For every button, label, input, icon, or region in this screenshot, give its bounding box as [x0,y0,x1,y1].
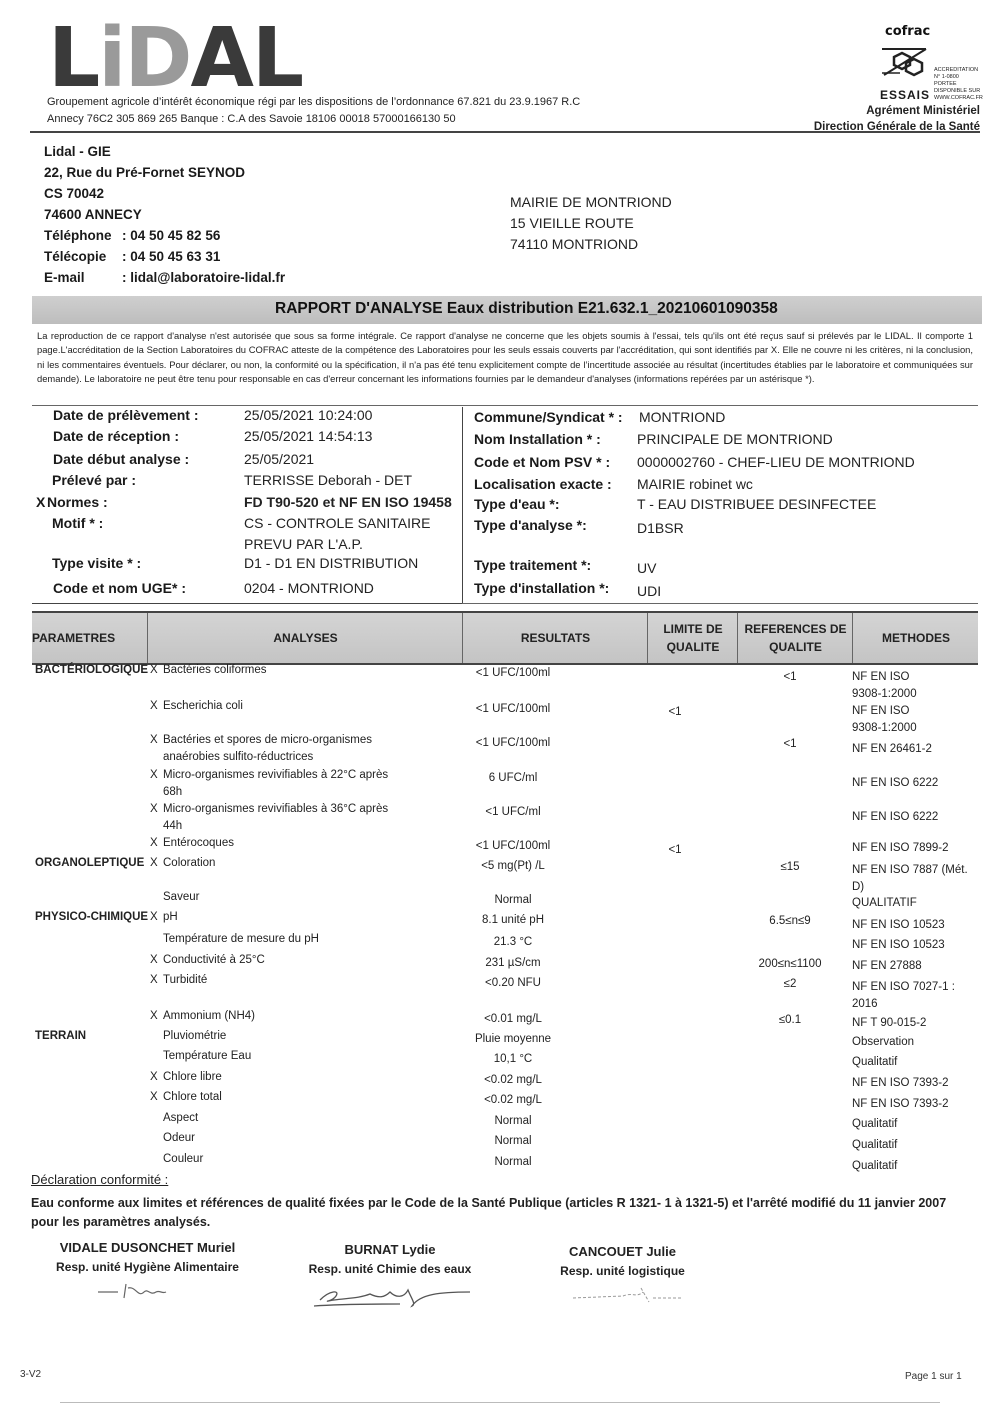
quality-reference: ≤2 [735,976,845,993]
header-references: REFERENCES DEQUALITE [737,613,853,663]
accredited-marker: X [150,662,158,679]
method: NF EN ISO 7393-2 [852,1096,982,1113]
accredited-marker: X [150,801,158,818]
accredited-marker: X [150,1008,158,1025]
method: Qualitatif [852,1054,982,1071]
report-title-bar: RAPPORT D'ANALYSE Eaux distribution E21.… [32,296,982,324]
info-label: Prélevé par : [52,472,136,488]
info-label: Date début analyse : [53,451,189,467]
info-label: Type d'installation *: [474,580,609,596]
analysis-name: Aspect [163,1110,198,1127]
analysis-name: Entérocoques [163,835,234,852]
analysis-name: Température Eau [163,1048,251,1065]
header-analyses: ANALYSES [147,613,463,663]
agrement-line-1: Agrément Ministériel [814,103,980,119]
method: NF EN ISO 7887 (Mét. [852,862,982,879]
email-label: E-mail [44,267,122,288]
result-value: <1 UFC/100ml [428,735,598,752]
info-label: Nom Installation * : [474,431,601,447]
analysis-name: Micro-organismes revivifiables à 36°C ap… [163,801,388,818]
method-continued: 9308-1:2000 [852,720,982,737]
info-value: MAIRIE robinet wc [637,476,753,492]
accredited-marker: X [150,909,158,926]
recipient-line-3: 74110 MONTRIOND [510,234,672,255]
result-value: 231 µS/cm [428,955,598,972]
result-value: Normal [428,892,598,909]
info-label: Motif * : [52,515,103,531]
signatory-2: BURNAT Lydie Resp. unité Chimie des eaux [290,1242,490,1310]
parameter-group: PHYSICO-CHIMIQUE [35,909,148,926]
result-value: 6 UFC/ml [428,770,598,787]
method: QUALITATIF [852,895,982,912]
info-label: Type traitement *: [474,557,591,573]
result-value: <1 UFC/100ml [428,838,598,855]
analysis-name: Pluviométrie [163,1028,226,1045]
parameter-group: BACTÉRIOLOGIQUE [35,662,148,679]
info-bottom-divider [32,603,464,604]
analysis-name: Saveur [163,889,199,906]
analysis-name: Couleur [163,1151,203,1168]
recipient-line-2: 15 VIEILLE ROUTE [510,213,672,234]
info-value: 25/05/2021 [244,451,314,467]
quality-limit: <1 [645,842,705,859]
quality-reference: <1 [735,669,845,686]
accredited-marker: X [150,835,158,852]
info-top-divider [32,405,978,406]
info-value: PRINCIPALE DE MONTRIOND [637,431,833,447]
accredited-marker: X [150,732,158,749]
method: NF EN ISO 7393-2 [852,1075,982,1092]
analysis-name: Chlore libre [163,1069,222,1086]
parameter-group: ORGANOLEPTIQUE [35,855,144,872]
info-value: 0000002760 - CHEF-LIEU DE MONTRIOND [637,454,915,470]
info-value: MONTRIOND [639,409,725,425]
analysis-name: Odeur [163,1130,195,1147]
result-value: <0.20 NFU [428,975,598,992]
disclaimer-text: La reproduction de ce rapport d'analyse … [37,329,973,386]
accredited-marker: X [150,1089,158,1106]
recipient-address: MAIRIE DE MONTRIOND 15 VIEILLE ROUTE 741… [510,192,672,255]
method: NF EN ISO 6222 [852,809,982,826]
analysis-name: Chlore total [163,1089,222,1106]
info-label: Type d'eau *: [474,496,560,512]
result-value: <0.01 mg/L [428,1011,598,1028]
analysis-name: Bactéries coliformes [163,662,267,679]
info-label: Type visite * : [52,555,141,571]
cofrac-accreditation-text: ACCREDITATION N° 1-0800 PORTEE DISPONIBL… [934,67,983,102]
signatory-name: BURNAT Lydie [290,1242,490,1257]
declaration-text: Eau conforme aux limites et références d… [31,1194,971,1232]
accredited-marker: X [36,494,45,510]
result-value: 21.3 °C [428,934,598,951]
info-value: UDI [637,583,661,599]
email-value: : lidal@laboratoire-lidal.fr [122,267,285,288]
info-value: UV [637,560,656,576]
method: NF T 90-015-2 [852,1015,982,1032]
document-version: 3-V2 [20,1369,41,1380]
signatory-role: Resp. unité Chimie des eaux [290,1262,490,1276]
result-value: Normal [428,1113,598,1130]
method: NF EN ISO [852,703,982,720]
info-label: Date de réception : [53,428,179,444]
org-legal-line-2: Annecy 76C2 305 869 265 Banque : C.A des… [47,113,456,125]
result-value: <0.02 mg/L [428,1092,598,1109]
method-continued: 9308-1:2000 [852,686,982,703]
phone-value: : 04 50 45 82 56 [122,225,220,246]
result-value: <1 UFC/100ml [428,701,598,718]
signatory-role: Resp. unité logistique [535,1264,710,1278]
info-value: D1BSR [637,520,684,536]
info-value: 25/05/2021 14:54:13 [244,428,372,444]
parameter-group: TERRAIN [35,1028,86,1045]
result-value: Normal [428,1133,598,1150]
fax-label: Télécopie [44,246,122,267]
header-divider [30,131,980,133]
sender-city: 74600 ANNECY [44,204,285,225]
sender-cs: CS 70042 [44,183,285,204]
result-value: <0.02 mg/L [428,1072,598,1089]
lidal-logo: LiDAL [48,18,302,100]
analysis-name: Conductivité à 25°C [163,952,265,969]
hexagon-logo-icon [880,41,930,83]
signature-icon [88,1278,208,1304]
sender-name: Lidal - GIE [44,141,285,162]
info-label: Localisation exacte : [474,476,612,492]
accredited-marker: X [150,1069,158,1086]
info-value: T - EAU DISTRIBUEE DESINFECTEE [637,496,876,512]
cofrac-title: cofrac [885,24,970,39]
method: Qualitatif [852,1137,982,1154]
accredited-marker: X [150,698,158,715]
method: Observation [852,1034,982,1051]
method: NF EN 26461-2 [852,741,982,758]
fax-value: : 04 50 45 63 31 [122,246,220,267]
header-parametres: PARAMETRES [32,613,147,663]
analysis-name: Bactéries et spores de micro-organismes [163,732,372,749]
info-value: TERRISSE Deborah - DET [244,472,412,488]
info-value: 25/05/2021 10:24:00 [244,407,372,423]
signature-icon [553,1282,693,1306]
signatory-role: Resp. unité Hygiène Alimentaire [40,1260,255,1274]
info-value-continued: PREVU PAR L'A.P. [244,536,363,552]
info-value: FD T90-520 et NF EN ISO 19458 [244,494,452,510]
org-legal-line-1: Groupement agricole d’intérêt économique… [47,96,580,108]
info-label: Normes : [47,494,108,510]
method-continued: 2016 [852,996,982,1013]
results-table-header: PARAMETRES ANALYSES RESULTATS LIMITE DEQ… [32,611,978,665]
method: NF EN ISO 6222 [852,775,982,792]
accredited-marker: X [150,855,158,872]
recipient-line-1: MAIRIE DE MONTRIOND [510,192,672,213]
result-value: <5 mg(Pt) /L [428,858,598,875]
page-number: Page 1 sur 1 [905,1371,962,1382]
cofrac-essais: ESSAIS [880,88,930,102]
info-bottom-divider-right [462,603,978,604]
signatory-name: CANCOUET Julie [535,1244,710,1259]
analysis-name-continued: anaérobies sulfito-réductrices [163,749,313,766]
info-label: Commune/Syndicat * : [474,409,623,425]
result-value: <1 UFC/ml [428,804,598,821]
phone-label: Téléphone [44,225,122,246]
accredited-marker: X [150,767,158,784]
info-vertical-divider [462,407,463,603]
analysis-name: Température de mesure du pH [163,931,319,948]
quality-reference: ≤0.1 [735,1012,845,1029]
method-continued: D) [852,879,982,896]
bottom-scan-edge [60,1402,940,1403]
analysis-name-continued: 44h [163,818,182,835]
analysis-name-continued: 68h [163,784,182,801]
analysis-name: Escherichia coli [163,698,243,715]
sender-street: 22, Rue du Pré-Fornet SEYNOD [44,162,285,183]
quality-reference: <1 [735,736,845,753]
method: NF EN ISO 7899-2 [852,840,982,857]
header-limite: LIMITE DEQUALITE [647,613,738,663]
info-label: Code et Nom PSV * : [474,454,610,470]
quality-reference: 200≤n≤1100 [735,956,845,973]
analysis-name: Ammonium (NH4) [163,1008,255,1025]
header-methodes: METHODES [852,613,979,663]
signatory-name: VIDALE DUSONCHET Muriel [40,1240,255,1255]
analysis-name: Coloration [163,855,215,872]
result-value: <1 UFC/100ml [428,665,598,682]
info-value: D1 - D1 EN DISTRIBUTION [244,555,418,571]
signatory-3: CANCOUET Julie Resp. unité logistique [535,1244,710,1306]
header-resultats: RESULTATS [462,613,648,663]
method: NF EN ISO 7027-1 : [852,979,982,996]
method: Qualitatif [852,1116,982,1133]
accredited-marker: X [150,952,158,969]
info-label: Date de prélèvement : [53,407,199,423]
result-value: Pluie moyenne [428,1031,598,1048]
quality-reference: ≤15 [735,859,845,876]
analysis-name: pH [163,909,178,926]
report-title: RAPPORT D'ANALYSE Eaux distribution E21.… [275,300,778,318]
method: Qualitatif [852,1158,982,1175]
method: NF EN ISO [852,669,982,686]
signature-icon [300,1280,480,1310]
analysis-name: Turbidité [163,972,207,989]
result-value: 8.1 unité pH [428,912,598,929]
method: NF EN ISO 10523 [852,917,982,934]
signatory-1: VIDALE DUSONCHET Muriel Resp. unité Hygi… [40,1240,255,1304]
analysis-name: Micro-organismes revivifiables à 22°C ap… [163,767,388,784]
info-label: Type d'analyse *: [474,517,587,533]
quality-limit: <1 [645,704,705,721]
method: NF EN ISO 10523 [852,937,982,954]
info-value: CS - CONTROLE SANITAIRE [244,515,430,531]
result-value: 10,1 °C [428,1051,598,1068]
info-value: 0204 - MONTRIOND [244,580,374,596]
cofrac-accreditation-logo: cofrac ESSAIS ACCREDITATION N° 1-0800 PO… [880,24,970,102]
accredited-marker: X [150,972,158,989]
sender-address: Lidal - GIE 22, Rue du Pré-Fornet SEYNOD… [44,141,285,288]
method: NF EN 27888 [852,958,982,975]
declaration-title: Déclaration conformité : [31,1172,168,1187]
result-value: Normal [428,1154,598,1171]
info-label: Code et nom UGE* : [53,580,186,596]
quality-reference: 6.5≤n≤9 [735,913,845,930]
